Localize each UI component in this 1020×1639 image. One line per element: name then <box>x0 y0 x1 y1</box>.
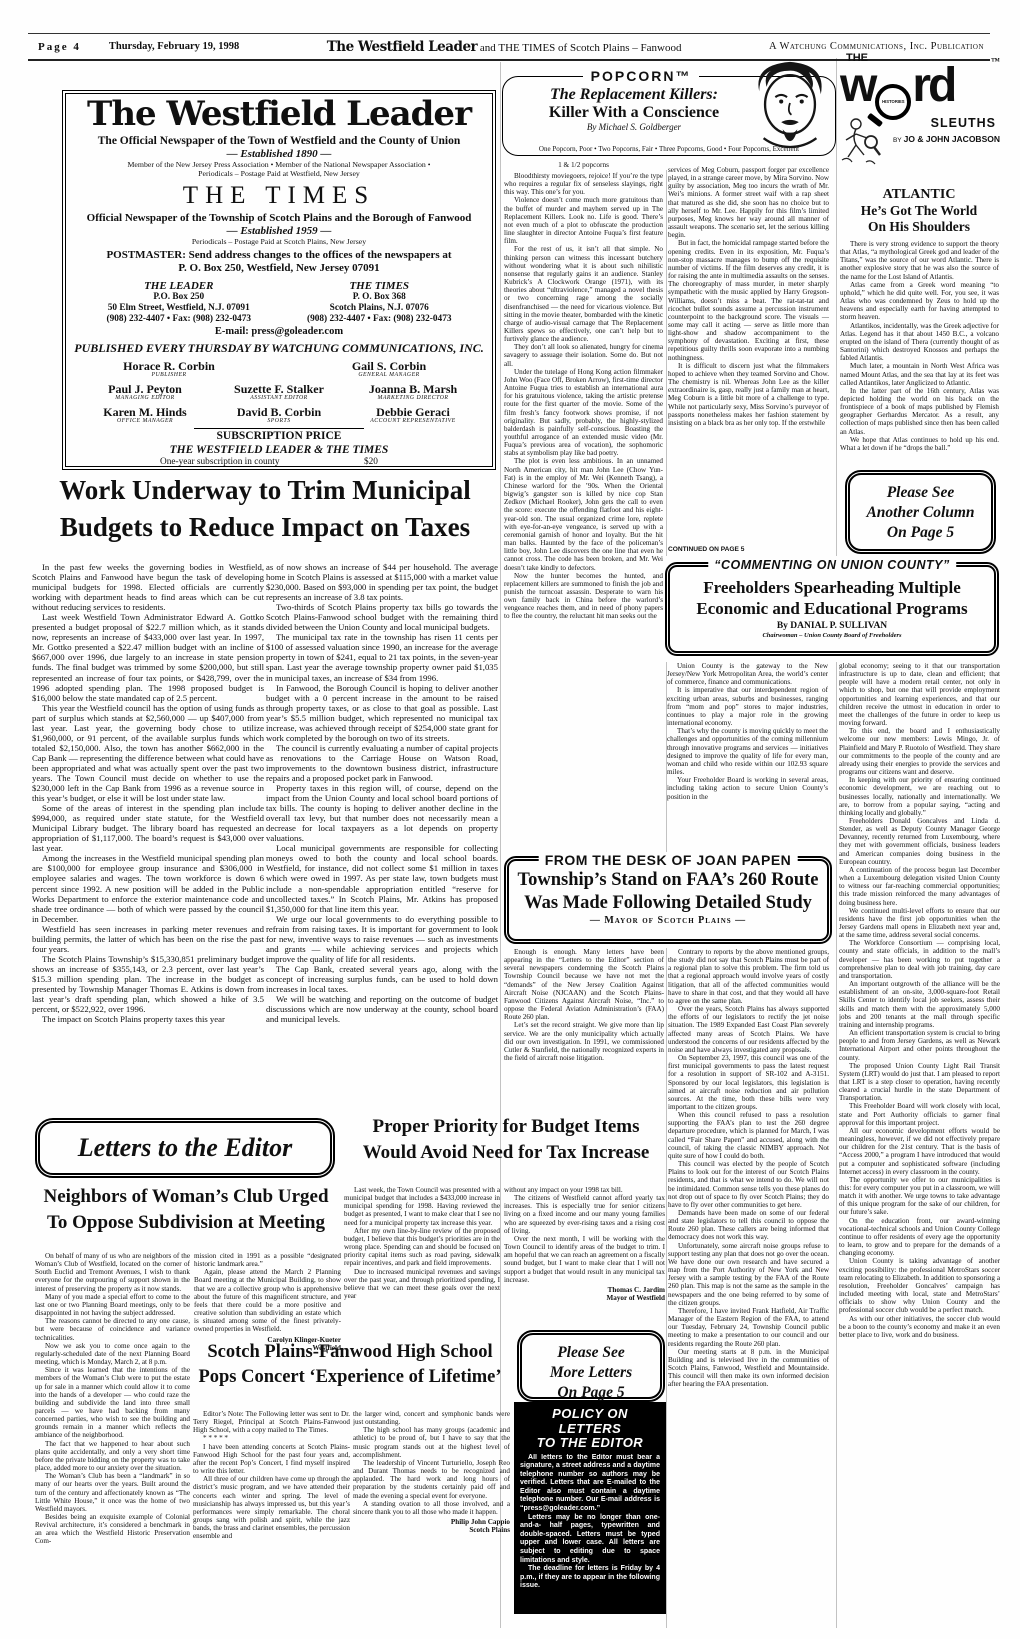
paragraph: A standing ovation to all those involved… <box>353 1500 510 1516</box>
word-logo-sleuths: SLEUTHS <box>931 116 996 130</box>
word-logo-by: BY <box>893 137 902 144</box>
paragraph: Over the next month, I will be working w… <box>504 1235 665 1284</box>
staff-name: Suzette F. Stalker <box>224 383 334 395</box>
staff-name: Joanna B. Marsh <box>358 383 468 395</box>
letters-policy-box: POLICY ON LETTERS TO THE EDITOR All lett… <box>514 1402 666 1614</box>
paragraph: The municipal tax rate in the township h… <box>266 632 498 682</box>
paragraph: To this end, the board and I enthusiasti… <box>839 727 1000 776</box>
paragraph: We hope that Atlas continues to hold up … <box>840 436 999 452</box>
times-address-title: THE TIMES <box>307 280 452 292</box>
email-line: E-mail: press@goleader.com <box>66 325 492 338</box>
paragraph: In keeping with our priority of ensuring… <box>839 776 1000 817</box>
paragraph: When this council refused to pass a reso… <box>668 1111 829 1160</box>
subscription-price: $20 <box>364 457 398 467</box>
paragraph: The leadership of Vincent Turturiello, J… <box>353 1459 510 1500</box>
staff-title: PUBLISHER <box>114 372 224 379</box>
paragraph: It is imperative that our interdependent… <box>667 686 828 727</box>
signature-title: Mayor of Westfield <box>504 1294 665 1302</box>
paragraph: I have been attending concerts at Scotch… <box>193 1443 350 1476</box>
leader-address-box: P.O. Box 250 <box>107 292 252 303</box>
paragraph: Editor’s Note: The Following letter was … <box>193 1410 350 1434</box>
paragraph: The Scotch Plains Township’s $15,330,851… <box>32 954 264 1014</box>
paragraph: Contrary to reports by the above mention… <box>668 948 829 1005</box>
times-address-box: P. O. Box 368 <box>307 292 452 303</box>
staff-publisher: Horace R. Corbin PUBLISHER <box>114 360 224 379</box>
running-title: The Westfield Leader and THE TIMES of Sc… <box>239 39 769 55</box>
paragraph: Therefore, I have invited Frank Hatfield… <box>668 1307 829 1348</box>
subscription-subheader: THE WESTFIELD LEADER & THE TIMES <box>66 443 492 457</box>
staff-name: Gail S. Corbin <box>334 360 444 372</box>
paragraph: This Freeholder Board will work closely … <box>839 1102 1000 1126</box>
staff-title: MARKETING DIRECTOR <box>358 395 468 402</box>
staff-row-3: Karen M. Hinds OFFICE MANAGER David B. C… <box>66 406 492 425</box>
leader-address-title: THE LEADER <box>107 280 252 292</box>
paragraph: They don’t all look so alienated, hungry… <box>504 343 663 367</box>
see-box-line: On Page 5 <box>522 1383 660 1403</box>
column-rule <box>666 170 667 556</box>
paragraph: Among the increases in the Westfield mun… <box>32 853 264 923</box>
paragraph: Westfield has seen increases in parking … <box>32 924 264 954</box>
headline-line: Budgets to Reduce Impact on Taxes <box>30 509 500 546</box>
popcorn-column-2: services of Meg Coburn, passport forger … <box>668 166 829 546</box>
see-box-line: On Page 5 <box>850 523 991 543</box>
policy-text: All letters to the Editor must bear a si… <box>520 1454 660 1592</box>
freeholders-header-box: “COMMENTING ON UNION COUNTY” Freeholders… <box>665 562 999 656</box>
word-logo-w: w <box>840 59 874 112</box>
paragraph: Unfortunately, some aircraft noise group… <box>668 1242 829 1307</box>
leader-address-street: 50 Elm Street, Westfield, N.J. 07091 <box>107 303 252 314</box>
staff-title: ACCOUNT REPRESENTATIVE <box>358 418 468 425</box>
magnifier-lens-text: HISTORIES <box>882 99 905 104</box>
divider-rule <box>194 428 364 429</box>
paragraph: Letters may be no longer than one-and-a-… <box>520 1514 660 1566</box>
commenting-banner: “COMMENTING ON UNION COUNTY” <box>708 558 956 572</box>
paragraph: Now we ask you to come once again to the… <box>35 1342 190 1366</box>
times-nameplate: THE TIMES <box>66 183 492 209</box>
leader-address: THE LEADER P.O. Box 250 50 Elm Street, W… <box>107 280 252 325</box>
letters-to-editor-banner: Letters to the Editor <box>35 1118 335 1178</box>
freeholders-headline-line: Freeholders Spearheading Multiple <box>670 577 994 598</box>
review-byline: By Michael S. Goldberger <box>503 122 765 133</box>
staff-name: Paul J. Peyton <box>90 383 200 395</box>
freeholders-byline-title: Chairwoman – Union County Board of Freeh… <box>670 632 994 640</box>
popcorn-score: 1 & 1/2 popcorns <box>504 160 663 169</box>
headline-line: Would Avoid Need for Tax Increase <box>344 1140 668 1166</box>
headline-line: Neighbors of Woman’s Club Urged <box>32 1184 340 1210</box>
staff-row-1: Horace R. Corbin PUBLISHER Gail S. Corbi… <box>66 360 492 379</box>
staff-account-representative: Debbie Geraci ACCOUNT REPRESENTATIVE <box>358 406 468 425</box>
headline-line: Pops Concert ‘Experience of Lifetime’ <box>188 1365 512 1390</box>
papen-subtitle: — Mayor of Scotch Plains — <box>509 915 827 926</box>
staff-name: Horace R. Corbin <box>114 360 224 372</box>
pops-concert-column-1: Editor’s Note: The Following letter was … <box>193 1410 350 1634</box>
paragraph: For the rest of us, it isn’t all that si… <box>504 245 663 343</box>
paragraph: On the education front, our award-winnin… <box>839 1217 1000 1258</box>
paragraph: The Workforce Consortium — comprising lo… <box>839 939 1000 980</box>
subscription-label: One-year subscription in county <box>160 457 364 467</box>
staff-title: OFFICE MANAGER <box>90 418 200 425</box>
staff-general-manager: Gail S. Corbin GENERAL MANAGER <box>334 360 444 379</box>
times-established: — Established 1959 — <box>66 225 492 237</box>
paragraph: The council is currently evaluating a nu… <box>266 743 498 783</box>
times-official-line: Official Newspaper of the Township of Sc… <box>66 211 492 225</box>
published-line: PUBLISHED EVERY THURSDAY BY WATCHUNG COM… <box>66 341 492 356</box>
paragraph: The fact that we happened to hear about … <box>35 1440 190 1473</box>
signature-name: Thomas C. Jardim <box>504 1286 665 1294</box>
staff-row-2: Paul J. Peyton MANAGING EDITOR Suzette F… <box>66 383 492 402</box>
paragraph: The citizens of Westfield cannot afford … <box>504 1194 665 1235</box>
paragraph: The deadline for letters is Friday by 4 … <box>520 1565 660 1591</box>
proper-priority-headline: Proper Priority for Budget Items Would A… <box>344 1114 668 1166</box>
popcorn-column-1: Bloodthirsty moviegoers, rejoice! If you… <box>504 172 663 862</box>
see-more-letters-box: Please See More Letters On Page 5 <box>517 1330 665 1402</box>
policy-title-line: POLICY ON LETTERS <box>520 1407 660 1436</box>
headline-line: Proper Priority for Budget Items <box>344 1114 668 1140</box>
paragraph: That’s why the county is moving quickly … <box>667 727 828 776</box>
staff-title: SPORTS <box>224 418 334 425</box>
paragraph: Union County is the gateway to the New J… <box>667 662 828 686</box>
word-logo-byline: BYJO & JOHN JACOBSON <box>893 134 1000 144</box>
papen-column-2: Contrary to reports by the above mention… <box>668 948 829 1630</box>
proper-priority-column-2: without any impact on your 1998 tax bill… <box>504 1186 665 1334</box>
postmaster-line2: P. O. Box 250, Westfield, New Jersey 070… <box>66 262 492 275</box>
signature-place: Scotch Plains <box>353 1526 510 1534</box>
staff-title: GENERAL MANAGER <box>334 372 444 379</box>
column-rule <box>836 58 837 556</box>
freeholders-headline-line: Economic and Educational Programs <box>670 598 994 619</box>
paragraph: The reasons cannot be directed to any on… <box>35 1317 190 1341</box>
paragraph: After my own line-by-line review of the … <box>344 1227 500 1268</box>
masthead-box: The Westfield Leader The Official Newspa… <box>62 90 496 470</box>
signature-name: Philip John Cappio <box>353 1518 510 1526</box>
see-box-line: Another Column <box>850 503 991 523</box>
subscription-header: SUBSCRIPTION PRICE <box>66 430 492 443</box>
headline-line: To Oppose Subdivision at Meeting <box>32 1210 340 1236</box>
see-box-line: Please See <box>850 483 991 503</box>
review-title-line1: The Replacement Killers: <box>503 86 765 104</box>
main-article-column-1: In the past few weeks the governing bodi… <box>32 562 264 1086</box>
paragraph: Under the tutelage of Hong Kong action f… <box>504 368 663 458</box>
see-box-line: More Letters <box>522 1363 660 1383</box>
popcorn-column-1-wrap: 1 & 1/2 popcorns <box>504 160 663 171</box>
paragraph: We continued multi-level efforts to ensu… <box>839 907 1000 940</box>
paragraph: Much later, a mountain in North West Afr… <box>840 362 999 386</box>
paragraph: The Cap Bank, created several years ago,… <box>266 964 498 994</box>
womans-club-letter-column-1: On behalf of many of us who are neighbor… <box>35 1252 190 1632</box>
staff-title: MANAGING EDITOR <box>90 395 200 402</box>
paragraph: This council was elected by the people o… <box>668 1160 829 1209</box>
running-title-leader: The Westfield Leader <box>327 39 477 55</box>
word-article-subtitle: He’s Got The World On His Shoulders <box>838 203 1000 235</box>
paragraph: Over the years, Scotch Plains has always… <box>668 1005 829 1054</box>
paragraph: services of Meg Coburn, passport forger … <box>668 166 829 239</box>
letters-banner-text: Letters to the Editor <box>78 1133 293 1163</box>
freeholders-column-1: Union County is the gateway to the New J… <box>667 662 828 854</box>
papen-headline-line: Was Made Following Detailed Study <box>509 892 827 915</box>
masthead-inner: The Westfield Leader The Official Newspa… <box>65 93 493 467</box>
word-article-title: ATLANTIC <box>838 186 1000 203</box>
paragraph: The Woman’s Club has been a “landmark” i… <box>35 1472 190 1513</box>
paragraph: Atlantikos, incidentally, was the Greek … <box>840 322 999 363</box>
pops-concert-headline: Scotch Plains-Fanwood High School Pops C… <box>188 1340 512 1390</box>
womans-club-letter-headline: Neighbors of Woman’s Club Urged To Oppos… <box>32 1184 340 1236</box>
leader-periodicals: Periodicals – Postage Paid at Westfield,… <box>66 169 492 178</box>
headline-line: Work Underway to Trim Municipal <box>30 472 500 509</box>
leader-nameplate: The Westfield Leader <box>66 96 492 132</box>
freeholders-byline: By DANIAL P. SULLIVAN <box>670 621 994 632</box>
times-periodicals: Periodicals – Postage Paid at Scotch Pla… <box>66 237 492 246</box>
paragraph: On September 23, 1997, this council was … <box>668 1054 829 1111</box>
paragraph: Some of the areas of interest in the spe… <box>32 803 264 853</box>
times-address-phone: (908) 232-4407 • Fax: (908) 232-0473 <box>307 314 452 325</box>
paragraph: as of now shows an increase of $44 per h… <box>266 562 498 602</box>
staff-sports: David B. Corbin SPORTS <box>224 406 334 425</box>
see-another-column-box: Please See Another Column On Page 5 <box>845 470 996 554</box>
subtitle-line: On His Shoulders <box>838 219 1000 235</box>
paragraph: All three of our children have come up t… <box>193 1475 350 1540</box>
paragraph: Violence doesn’t come much more gratuito… <box>504 196 663 245</box>
paragraph: Demands have been made on some of our fe… <box>668 1209 829 1242</box>
letter-signature: Thomas C. Jardim Mayor of Westfield <box>504 1286 665 1302</box>
main-article-column-2: as of now shows an increase of $44 per h… <box>266 562 498 1114</box>
postmaster-line1: POSTMASTER: Send address changes to the … <box>66 249 492 262</box>
paragraph: Let’s set the record straight. We give m… <box>504 1021 664 1062</box>
word-sleuths-logo: THE wHISTORIESrd ™ SLEUTHS BYJO & JOHN J… <box>838 52 1000 184</box>
paragraph: As with our other initiatives, the socce… <box>839 1315 1000 1339</box>
word-logo-rd: rd <box>912 59 954 112</box>
paragraph: It is difficult to discern just what the… <box>668 362 829 427</box>
paragraph: On behalf of many of us who are neighbor… <box>35 1252 190 1293</box>
paragraph: The high school has many groups (academi… <box>353 1426 510 1459</box>
paragraph: A continuation of the process begun last… <box>839 866 1000 907</box>
word-article-column: There is very strong evidence to support… <box>840 240 999 468</box>
staff-title: ASSISTANT EDITOR <box>224 395 334 402</box>
leader-membership: Member of the New Jersey Press Associati… <box>66 160 492 169</box>
letter-text: without any impact on your 1998 tax bill… <box>504 1186 665 1284</box>
paragraph: Due to increased municipal revenues and … <box>344 1268 500 1301</box>
staff-managing-editor: Paul J. Peyton MANAGING EDITOR <box>90 383 200 402</box>
paragraph: without any impact on your 1998 tax bill… <box>504 1186 665 1194</box>
column-rule <box>500 62 501 1628</box>
word-logo-authors: JO & JOHN JACOBSON <box>904 134 1000 144</box>
freeholders-column-2: global economy; seeing to it that our tr… <box>839 662 1000 1628</box>
staff-office-manager: Karen M. Hinds OFFICE MANAGER <box>90 406 200 425</box>
column-rule <box>836 662 837 1628</box>
paragraph: The opportunity we offer to our municipa… <box>839 1176 1000 1217</box>
page-number: Page 4 <box>38 41 81 53</box>
paragraph: Enough is enough. Many letters have been… <box>504 948 664 1021</box>
paragraph: All letters to the Editor must bear a si… <box>520 1454 660 1514</box>
issue-date: Thursday, February 19, 1998 <box>109 41 239 52</box>
pops-concert-column-2: the larger wind, concert and symphonic b… <box>353 1410 510 1634</box>
paragraph: All our economic development efforts wou… <box>839 1127 1000 1176</box>
subscription-row: One-year subscription in county $20 <box>160 457 398 467</box>
column-rule <box>666 948 667 1628</box>
paragraph: Bloodthirsty moviegoers, rejoice! If you… <box>504 172 663 196</box>
leader-official-line: The Official Newspaper of the Town of We… <box>66 134 492 148</box>
review-title-line2: Killer With a Conscience <box>503 104 765 122</box>
continued-notice: CONTINUED ON PAGE 5 <box>668 546 829 553</box>
publisher-line: A Watchung Communications, Inc. Publicat… <box>769 41 984 52</box>
staff-name: Debbie Geraci <box>358 406 468 418</box>
paragraph: Freeholders Donald Goncalves and Linda d… <box>839 817 1000 866</box>
staff-assistant-editor: Suzette F. Stalker ASSISTANT EDITOR <box>224 383 334 402</box>
leader-established: — Established 1890 — <box>66 148 492 160</box>
paragraph: There is very strong evidence to support… <box>840 240 999 281</box>
times-address-town: Scotch Plains, N.J. 07076 <box>307 303 452 314</box>
paragraph: The proposed Union County Light Rail Tra… <box>839 1062 1000 1103</box>
paragraph: Local municipal governments are responsi… <box>266 843 498 913</box>
from-the-desk-banner: FROM THE DESK OF JOAN PAPEN <box>539 852 798 868</box>
paragraph: global economy; seeing to it that our tr… <box>839 662 1000 727</box>
paragraph: This year the Westfield council has the … <box>32 703 264 803</box>
leader-address-phone: (908) 232-4407 • Fax: (908) 232-0473 <box>107 314 252 325</box>
paragraph: mission cited in 1991 as a possible “des… <box>194 1252 341 1268</box>
paragraph: The impact on Scotch Plains property tax… <box>32 1014 264 1024</box>
proper-priority-column-1: Last week, the Town Council was presente… <box>344 1186 500 1334</box>
paragraph: the larger wind, concert and symphonic b… <box>353 1410 510 1426</box>
staff-marketing-director: Joanna B. Marsh MARKETING DIRECTOR <box>358 383 468 402</box>
paragraph: Our meeting starts at 8 p.m. in the Muni… <box>668 1348 829 1389</box>
paragraph: * * * * * <box>193 1434 350 1442</box>
paragraph: Last week Westfield Town Administrator E… <box>32 612 264 702</box>
papen-header-box: FROM THE DESK OF JOAN PAPEN Township’s S… <box>504 856 832 944</box>
running-title-rest: and THE TIMES of Scotch Plains – Fanwood <box>477 42 681 54</box>
movie-critic-caricature <box>746 56 834 150</box>
headline-line: Scotch Plains-Fanwood High School <box>188 1340 512 1365</box>
paragraph: In Fanwood, the Borough Council is hopin… <box>266 683 498 743</box>
paragraph: We will be watching and reporting on the… <box>266 994 498 1024</box>
trademark-symbol: ™ <box>991 56 1000 66</box>
staff-name: David B. Corbin <box>224 406 334 418</box>
paragraph: The plot is even less ambitious. In an u… <box>504 457 663 571</box>
paragraph: Last week, the Town Council was presente… <box>344 1186 500 1227</box>
paragraph: Your Freeholder Board is working in seve… <box>667 776 828 800</box>
paragraph: Besides being an exquisite example of Co… <box>35 1513 190 1546</box>
paragraph: We urge our local governments to do ever… <box>266 914 498 964</box>
newspaper-page: Page 4 Thursday, February 19, 1998 The W… <box>0 0 1020 1639</box>
papen-column-1: Enough is enough. Many letters have been… <box>504 948 664 1114</box>
papen-headline-line: Township’s Stand on FAA’s 260 Route <box>509 869 827 892</box>
paragraph: In the past few weeks the governing bodi… <box>32 562 264 612</box>
staff-name: Karen M. Hinds <box>90 406 200 418</box>
paragraph: Since it was learned that the intentions… <box>35 1366 190 1439</box>
paragraph: An important outgrowth of the alliance w… <box>839 980 1000 1029</box>
paragraph: An efficient transportation system is cr… <box>839 1029 1000 1062</box>
paragraph: In the latter part of the 16th century, … <box>840 387 999 436</box>
paragraph: Atlas came from a Greek word meaning “to… <box>840 281 999 322</box>
policy-title-line: TO THE EDITOR <box>520 1436 660 1451</box>
word-sleuth-illustration <box>838 114 882 170</box>
paragraph: Union County is taking advantage of anot… <box>839 1257 1000 1314</box>
letter-signature: Philip John Cappio Scotch Plains <box>353 1518 510 1534</box>
subtitle-line: He’s Got The World <box>838 203 1000 219</box>
paragraph: Many of you made a special effort to com… <box>35 1293 190 1317</box>
letter-text: the larger wind, concert and symphonic b… <box>353 1410 510 1516</box>
paragraph: Two-thirds of Scotch Plains property tax… <box>266 602 498 632</box>
paragraph: Again, please attend the March 2 Plannin… <box>194 1268 341 1333</box>
popcorn-logo: POPCORN™ <box>583 68 700 84</box>
see-box-line: Please See <box>522 1343 660 1363</box>
word-logo-word: wHISTORIESrd <box>840 58 954 118</box>
office-addresses: THE LEADER P.O. Box 250 50 Elm Street, W… <box>66 280 492 325</box>
paragraph: But in fact, the homicidal rampage start… <box>668 239 829 361</box>
paragraph: Property taxes in this region will, of c… <box>266 783 498 843</box>
main-article-headline: Work Underway to Trim Municipal Budgets … <box>30 472 500 546</box>
times-address: THE TIMES P. O. Box 368 Scotch Plains, N… <box>307 280 452 325</box>
paragraph: Now the hunter becomes the hunted, and r… <box>504 572 663 621</box>
letter-text: mission cited in 1991 as a possible “des… <box>194 1252 341 1334</box>
